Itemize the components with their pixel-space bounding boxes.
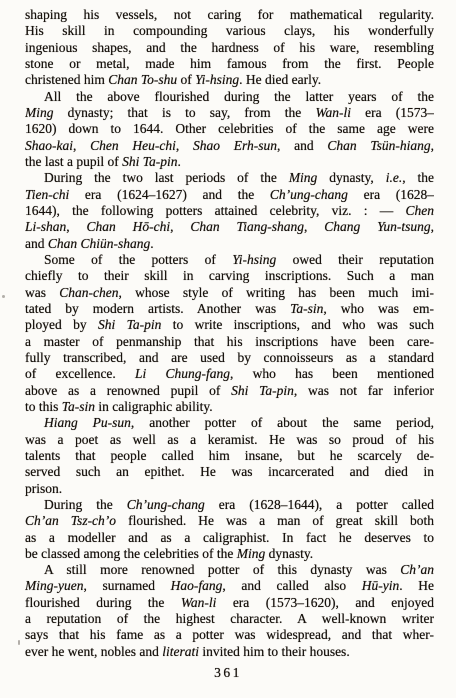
text-line: ployed by Shi Ta-pin to write inscriptio…: [25, 317, 434, 333]
italic-run: Hū-yin: [362, 578, 400, 593]
italic-run: Ming: [289, 170, 318, 185]
text-run: A still more renowned potter of this dyn…: [44, 562, 400, 577]
text-run: stone or metal, made him famous from the…: [25, 56, 434, 71]
text-line: as a modeller and as a caligraphist. In …: [25, 530, 434, 546]
text-run: a reputation of the highest character. A…: [25, 611, 434, 626]
text-run: , surnamed: [83, 578, 170, 593]
text-run: of excellence.: [25, 366, 135, 381]
text-run: ,: [304, 219, 324, 234]
text-run: fully transcribed, and are used by conno…: [25, 350, 434, 365]
paragraph: Hiang Pu-sun, another potter of about th…: [25, 415, 434, 497]
italic-run: Hao-fang: [171, 578, 223, 593]
italic-run: Chang Yun-tsung: [324, 219, 430, 234]
text-run: . He: [399, 578, 434, 593]
text-run: , was not far inferior: [294, 383, 434, 398]
text-run: dynasty,: [317, 170, 385, 185]
italic-run: Ta-sin: [290, 301, 323, 316]
paragraph: All the above flourished during the latt…: [25, 89, 434, 171]
text-run: , who has been mentioned: [230, 366, 434, 381]
text-line: Tien-chi era (1624–1627) and the Ch’ung-…: [25, 187, 434, 203]
text-run: ever he went, nobles and: [25, 644, 162, 659]
italic-run: i.e.: [386, 170, 403, 185]
text-line: All the above flourished during the latt…: [25, 89, 434, 105]
text-run: above as a renowned pupil of: [25, 383, 231, 398]
text-line: Some of the potters of Yi-hsing owed the…: [25, 252, 434, 268]
italic-run: Yi-hsing: [232, 252, 276, 267]
italic-run: Ming: [25, 105, 54, 120]
italic-run: Shi Ta-pin: [122, 154, 177, 169]
text-line: fully transcribed, and are used by conno…: [25, 350, 434, 366]
text-line: Li-shan, Chan Hō-chi, Chan Tiang-shang, …: [25, 219, 434, 235]
text-line: says that his fame as a potter was wides…: [25, 627, 434, 643]
text-run: christened him: [25, 72, 108, 87]
text-line: prison.: [25, 481, 434, 497]
page-number: 361: [0, 665, 456, 681]
italic-run: Shao Erh-sun: [193, 138, 277, 153]
text-run: All the above flourished during the latt…: [44, 89, 434, 104]
text-run: a master of penmanship that his inscript…: [25, 334, 434, 349]
text-run: During the two last periods of the: [44, 170, 289, 185]
text-run: era (1628–1644), a potter called: [205, 497, 434, 512]
italic-run: Chen: [406, 203, 435, 218]
text-run: invited him to their houses.: [199, 644, 350, 659]
italic-run: Tien-chi: [25, 187, 69, 202]
text-run: tated by modern artists. Another was: [25, 301, 290, 316]
italic-run: Ch’an: [400, 562, 434, 577]
text-line: During the two last periods of the Ming …: [25, 170, 434, 186]
text-line: flourished during the Wan-li era (1573–1…: [25, 595, 434, 611]
text-line: During the Ch’ung-chang era (1628–1644),…: [25, 497, 434, 513]
paragraph: shaping his vessels, not caring for math…: [25, 7, 434, 89]
text-line: His skill in compounding various clays, …: [25, 23, 434, 39]
text-run: served such an epithet. He was incarcera…: [25, 464, 434, 479]
text-run: of: [177, 72, 195, 87]
text-line: was a poet as well as a keramist. He was…: [25, 432, 434, 448]
italic-run: Chen Heu-chi: [90, 138, 176, 153]
italic-run: Li Chung-fang: [135, 366, 230, 381]
text-run: ,: [73, 138, 90, 153]
book-page: shaping his vessels, not caring for math…: [0, 0, 456, 698]
text-run: ingenious shapes, and the hardness of hi…: [25, 40, 434, 55]
text-line: Ming dynasty; that is to say, from the W…: [25, 105, 434, 121]
text-run: in caligraphic ability.: [95, 399, 213, 414]
text-run: to this: [25, 399, 62, 414]
text-run: , and: [277, 138, 327, 153]
text-run: ,: [431, 219, 434, 234]
text-line: Hiang Pu-sun, another potter of about th…: [25, 415, 434, 431]
text-run: prison.: [25, 481, 62, 496]
text-run: ,: [170, 219, 190, 234]
italic-run: Wan-li: [315, 105, 351, 120]
italic-run: Chan Chiün-shang: [48, 236, 150, 251]
paragraph: Some of the potters of Yi-hsing owed the…: [25, 252, 434, 415]
text-run: ,: [66, 219, 86, 234]
text-run: and: [25, 236, 48, 251]
text-run: as a modeller and as a caligraphist. In …: [25, 530, 434, 545]
italic-run: Yi-hsing: [195, 72, 239, 87]
paragraph: A still more renowned potter of this dyn…: [25, 562, 434, 660]
text-run: says that his fame as a potter was wides…: [25, 627, 434, 642]
text-line: christened him Chan To-shu of Yi-hsing. …: [25, 72, 434, 88]
italic-run: Ming: [237, 546, 266, 561]
text-run: the last a pupil of: [25, 154, 122, 169]
text-run: , the: [402, 170, 434, 185]
text-run: , and called also: [222, 578, 361, 593]
text-run: , who was em-: [323, 301, 434, 316]
text-run: chiefly to their skill in carving inscri…: [25, 268, 434, 283]
italic-run: Shi Ta-pin: [98, 317, 161, 332]
text-run: , another potter of about the same perio…: [131, 415, 434, 430]
text-run: ,: [431, 138, 434, 153]
text-run: flourished. He was a man of great skill …: [116, 513, 434, 528]
scan-speck: [18, 640, 20, 645]
text-run: ,: [176, 138, 193, 153]
paragraph: During the two last periods of the Ming …: [25, 170, 434, 252]
text-line: Ch’an Tsz-ch’o flourished. He was a man …: [25, 513, 434, 529]
italic-run: Ming-yuen: [25, 578, 83, 593]
text-run: was: [25, 285, 59, 300]
text-line: be classed among the celebrities of the …: [25, 546, 434, 562]
italic-run: Chan Tsün-hiang: [327, 138, 430, 153]
italic-run: Wan-li: [181, 595, 217, 610]
text-line: and Chan Chiün-shang.: [25, 236, 434, 252]
text-line: a master of penmanship that his inscript…: [25, 334, 434, 350]
text-line: to this Ta-sin in caligraphic ability.: [25, 399, 434, 415]
text-run: His skill in compounding various clays, …: [25, 23, 434, 38]
text-line: shaping his vessels, not caring for math…: [25, 7, 434, 23]
text-run: to write inscriptions, and who was such: [161, 317, 434, 332]
text-line: was Chan-chen, whose style of writing ha…: [25, 285, 434, 301]
text-line: a reputation of the highest character. A…: [25, 611, 434, 627]
text-run: be classed among the celebrities of the: [25, 546, 237, 561]
text-line: served such an epithet. He was incarcera…: [25, 464, 434, 480]
text-line: Shao-kai, Chen Heu-chi, Shao Erh-sun, an…: [25, 138, 434, 154]
italic-run: Ch’ung-chang: [270, 187, 348, 202]
italic-run: Ch’ung-chang: [127, 497, 205, 512]
text-run: era (1624–1627) and the: [69, 187, 270, 202]
text-run: 1620) down to 1644. Other celebrities of…: [25, 121, 434, 136]
italic-run: Shao-kai: [25, 138, 73, 153]
text-line: above as a renowned pupil of Shi Ta-pin,…: [25, 383, 434, 399]
text-run: ployed by: [25, 317, 98, 332]
text-run: dynasty.: [265, 546, 313, 561]
italic-run: Chan To-shu: [108, 72, 177, 87]
text-line: Ming-yuen, surnamed Hao-fang, and called…: [25, 578, 434, 594]
text-line: of excellence. Li Chung-fang, who has be…: [25, 366, 434, 382]
text-run: , whose style of writing has been much i…: [118, 285, 434, 300]
italic-run: Hiang Pu-sun: [44, 415, 131, 430]
text-run: era (1573–: [351, 105, 434, 120]
italic-run: Ch’an Tsz-ch’o: [25, 513, 116, 528]
italic-run: literati: [162, 644, 199, 659]
text-run: dynasty; that is to say, from the: [54, 105, 316, 120]
italic-run: Chan Hō-chi: [87, 219, 171, 234]
text-run: era (1628–: [348, 187, 434, 202]
text-line: the last a pupil of Shi Ta-pin.: [25, 154, 434, 170]
text-run: shaping his vessels, not caring for math…: [25, 7, 434, 22]
paragraph: During the Ch’ung-chang era (1628–1644),…: [25, 497, 434, 562]
text-line: chiefly to their skill in carving inscri…: [25, 268, 434, 284]
italic-run: Chan-chen: [59, 285, 118, 300]
text-run: flourished during the: [25, 595, 181, 610]
text-run: Some of the potters of: [44, 252, 232, 267]
text-line: ever he went, nobles and literati invite…: [25, 644, 434, 660]
text-line: tated by modern artists. Another was Ta-…: [25, 301, 434, 317]
text-run: .: [178, 154, 181, 169]
text-run: era (1573–1620), and enjoyed: [216, 595, 434, 610]
text-run: During the: [44, 497, 127, 512]
italic-run: Chan Tiang-shang: [190, 219, 304, 234]
italic-run: Li-shan: [25, 219, 66, 234]
text-run: 1644), the following potters attained ce…: [25, 203, 406, 218]
text-run: .: [150, 236, 153, 251]
text-run: talents that people called him insane, b…: [25, 448, 434, 463]
italic-run: Shi Ta-pin: [231, 383, 294, 398]
text-line: 1644), the following potters attained ce…: [25, 203, 434, 219]
text-line: talents that people called him insane, b…: [25, 448, 434, 464]
text-run: was a poet as well as a keramist. He was…: [25, 432, 434, 447]
text-run: owed their reputation: [276, 252, 434, 267]
scan-speck: [2, 295, 5, 298]
text-line: stone or metal, made him famous from the…: [25, 56, 434, 72]
text-line: 1620) down to 1644. Other celebrities of…: [25, 121, 434, 137]
page-text: shaping his vessels, not caring for math…: [25, 7, 434, 660]
text-line: A still more renowned potter of this dyn…: [25, 562, 434, 578]
text-line: ingenious shapes, and the hardness of hi…: [25, 40, 434, 56]
text-run: . He died early.: [239, 72, 321, 87]
italic-run: Ta-sin: [62, 399, 95, 414]
